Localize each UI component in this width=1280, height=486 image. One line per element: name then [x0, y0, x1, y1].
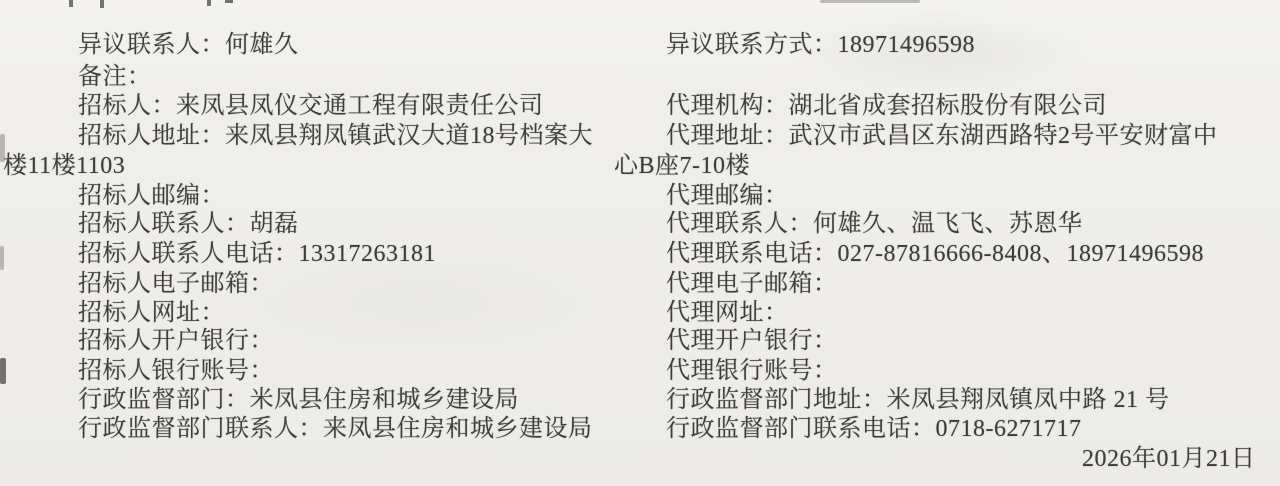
scan-artifact-top-stroke	[207, 0, 211, 6]
field-tenderer-email: 招标人电子邮箱：	[78, 271, 274, 297]
field-agency: 代理机构：湖北省成套招标股份有限公司	[666, 93, 1107, 119]
field-agency-phone: 代理联系电话：027-87816666-8408、18971496598	[666, 241, 1204, 267]
field-agency-email: 代理电子邮箱：	[666, 271, 838, 297]
scan-artifact-edge-smudge	[0, 246, 4, 270]
scan-artifact-top-smudge	[820, 0, 920, 3]
field-supervisor-contact: 行政监督部门联系人：来凤县住房和城乡建设局	[78, 416, 593, 442]
field-remark: 备注：	[78, 64, 152, 90]
field-agency-contact: 代理联系人：何雄久、温飞飞、苏恩华	[666, 211, 1083, 237]
field-supervisor-address: 行政监督部门地址：米凤县翔凤镇凤中路 21 号	[666, 387, 1170, 413]
field-tenderer-website: 招标人网址：	[78, 300, 225, 326]
field-agency-address-line1: 代理地址：武汉市武昌区东湖西路特2号平安财富中	[666, 123, 1218, 149]
scan-artifact-top-stroke	[69, 0, 73, 7]
field-agency-address-line2: 心B座7-10楼	[614, 153, 750, 179]
scan-artifact-top-stroke	[100, 0, 104, 8]
field-agency-bank: 代理开户银行：	[666, 328, 838, 354]
field-agency-website: 代理网址：	[666, 300, 789, 326]
field-agency-account: 代理银行账号：	[666, 358, 838, 384]
field-tenderer-address-line2: 楼11楼1103	[3, 153, 125, 179]
document-date: 2026年01月21日	[1082, 446, 1256, 472]
scan-artifact-top-stroke	[225, 0, 233, 3]
field-agency-zip: 代理邮编：	[666, 183, 789, 209]
field-supervisor-dept: 行政监督部门：米凤县住房和城乡建设局	[78, 387, 519, 413]
field-tenderer: 招标人：来凤县凤仪交通工程有限责任公司	[78, 93, 544, 119]
field-objection-phone: 异议联系方式：18971496598	[666, 32, 975, 58]
scanned-document-page: 异议联系人：何雄久 备注： 招标人：来凤县凤仪交通工程有限责任公司 招标人地址：…	[0, 0, 1280, 486]
field-tenderer-bank: 招标人开户银行：	[78, 328, 274, 354]
field-supervisor-phone: 行政监督部门联系电话：0718-6271717	[666, 416, 1082, 442]
scan-artifact-edge-smudge	[0, 358, 6, 384]
field-objection-contact: 异议联系人：何雄久	[78, 32, 299, 58]
field-tenderer-zip: 招标人邮编：	[78, 183, 225, 209]
field-tenderer-phone: 招标人联系人电话：13317263181	[78, 241, 436, 267]
field-tenderer-account: 招标人银行账号：	[78, 358, 274, 384]
field-tenderer-contact: 招标人联系人：胡磊	[78, 211, 299, 237]
field-tenderer-address-line1: 招标人地址：来凤县翔凤镇武汉大道18号档案大	[78, 123, 593, 149]
